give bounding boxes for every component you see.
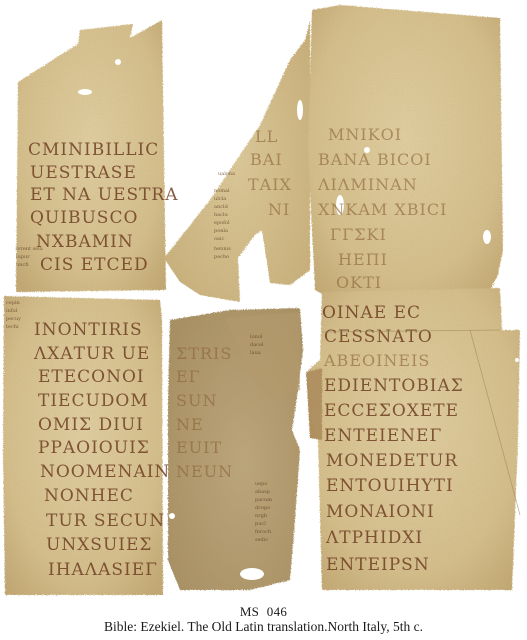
svg-text:haclu: haclu [214, 212, 229, 218]
svg-text:ΧΝΚΑΜ ΧΒΙCΙ: ΧΝΚΑΜ ΧΒΙCΙ [318, 200, 447, 219]
svg-text:dacel: dacel [250, 342, 264, 348]
svg-text:epofol: epofol [214, 220, 230, 226]
svg-text:CESSΝΑΤΟ: CESSΝΑΤΟ [324, 327, 433, 347]
svg-text:ΒΑΙ: ΒΑΙ [250, 150, 283, 169]
svg-text:lonol: lonol [250, 334, 263, 340]
svg-text:LL: LL [255, 127, 278, 146]
svg-text:SUN: SUN [176, 391, 217, 410]
svg-text:ΟΙΝΑΕ ΕC: ΟΙΝΑΕ ΕC [322, 303, 421, 323]
svg-text:ΝΕUΝ: ΝΕUΝ [176, 462, 233, 481]
svg-text:ΕDΙΕΝΤΟΒΙΑΣ: ΕDΙΕΝΤΟΒΙΑΣ [324, 376, 464, 396]
svg-text:ΒΑΝΑ ΒΙCΟΙ: ΒΑΝΑ ΒΙCΟΙ [318, 150, 432, 169]
svg-text:techi: techi [6, 324, 19, 330]
svg-text:QUIBUSCO: QUIBUSCO [30, 208, 138, 228]
svg-text:ΕUΙΤ: ΕUΙΤ [176, 438, 222, 457]
svg-text:nrgb: nrgb [255, 513, 267, 519]
caption-description: Bible: Ezekiel. The Old Latin translatio… [0, 619, 527, 635]
svg-text:ponla: ponla [214, 228, 228, 234]
svg-text:ΣΤRIS: ΣΤRIS [176, 344, 232, 363]
svg-text:ΛΤΡΗΙDΧΙ: ΛΤΡΗΙDΧΙ [325, 528, 423, 548]
svg-text:CIS ETCED: CIS ETCED [40, 255, 149, 275]
svg-text:ΡΡΑΟΙΟUΙΣ: ΡΡΑΟΙΟUΙΣ [38, 438, 150, 458]
svg-text:inful: inful [6, 308, 18, 314]
svg-text:feroch: feroch [255, 529, 272, 535]
svg-text:UNXSUIEΣ: UNXSUIEΣ [46, 535, 152, 555]
svg-text:abasp: abasp [255, 489, 270, 495]
svg-text:ΜΟΝΑΙΟΝΙ: ΜΟΝΑΙΟΝΙ [326, 502, 435, 522]
svg-text:ΝΟΝΗΕC: ΝΟΝΗΕC [44, 486, 134, 506]
svg-text:ΜΟΝΕDΕΤUR: ΜΟΝΕDΕΤUR [326, 451, 458, 471]
svg-text:ivrent seia: ivrent seia [16, 246, 43, 252]
svg-text:UESTRASE: UESTRASE [30, 163, 137, 183]
svg-text:ΝΧΒΑΜΙΝ: ΝΧΒΑΜΙΝ [36, 232, 134, 252]
svg-text:ualona: ualona [218, 171, 235, 177]
svg-text:ΕCCΕΣΟΧΕΤΕ: ΕCCΕΣΟΧΕΤΕ [324, 401, 459, 421]
svg-text:ΓΓΣΚΙ: ΓΓΣΚΙ [330, 225, 387, 244]
svg-text:ΟΜΙΣ DΙUΙ: ΟΜΙΣ DΙUΙ [38, 415, 144, 435]
svg-text:lupur: lupur [16, 254, 30, 260]
svg-text:ΤΙΕCUDΟΜ: ΤΙΕCUDΟΜ [38, 391, 149, 411]
svg-text:ΕΝΤΕΙΕΝΕΓ: ΕΝΤΕΙΕΝΕΓ [324, 426, 442, 446]
svg-text:TUR SECUN: TUR SECUN [46, 511, 165, 531]
svg-text:ΙΝΟΝΤΙRIS: ΙΝΟΝΤΙRIS [34, 320, 143, 340]
svg-text:ΑΒΕΟΙΝΕΙS: ΑΒΕΟΙΝΕΙS [323, 351, 430, 370]
manuscript-fragments: CΜΙΝΙΒΙLLIC UESTRASE ΕΤ ΝΑ UESTRA QUIBUS… [0, 0, 527, 600]
svg-text:ΛΧΑΤUR UE: ΛΧΑΤUR UE [33, 344, 150, 364]
svg-text:ΕΝΤΕΙΡSΝ: ΕΝΤΕΙΡSΝ [326, 555, 430, 575]
svg-text:ΕΓ: ΕΓ [176, 367, 201, 386]
svg-text:pucl: pucl [255, 521, 266, 527]
svg-text:ΕΤ ΝΑ UESTRA: ΕΤ ΝΑ UESTRA [30, 185, 179, 205]
svg-text:uncfi: uncfi [16, 262, 29, 268]
svg-text:ΟΚΤΙ: ΟΚΤΙ [336, 273, 382, 292]
svg-text:pacum: pacum [255, 497, 272, 503]
svg-text:ΤΑΙΧ: ΤΑΙΧ [248, 175, 292, 194]
svg-text:pecuy: pecuy [6, 316, 21, 322]
svg-text:ancld: ancld [214, 204, 229, 210]
svg-text:hennis: hennis [214, 246, 231, 252]
caption-title: MS 046 [0, 604, 527, 620]
svg-text:ΗΕΠΙ: ΗΕΠΙ [338, 250, 388, 269]
svg-text:pecho: pecho [214, 254, 229, 260]
svg-text:laua: laua [250, 350, 261, 356]
svg-text:uepo: uepo [255, 481, 267, 487]
svg-text:ΕΝΤΟUΙΗΥΤΙ: ΕΝΤΟUΙΗΥΤΙ [326, 476, 454, 496]
svg-text:ulcla: ulcla [214, 196, 226, 202]
manuscript-photo: CΜΙΝΙΒΙLLIC UESTRASE ΕΤ ΝΑ UESTRA QUIBUS… [0, 0, 527, 600]
svg-text:ΝΟΟΜΕΝΑΙΝ: ΝΟΟΜΕΝΑΙΝ [40, 462, 170, 482]
svg-text:ΜΝΙΚΟΙ: ΜΝΙΚΟΙ [328, 125, 402, 144]
svg-text:dcopo: dcopo [255, 505, 270, 511]
svg-text:ΝΙ: ΝΙ [268, 200, 290, 219]
svg-text:ΙΗΑΛΑSIEΓ: ΙΗΑΛΑSIEΓ [48, 560, 158, 580]
svg-text:oaic: oaic [214, 236, 225, 242]
svg-text:cepin: cepin [6, 300, 21, 306]
svg-text:ΛΙΛΜΙΝΑΝ: ΛΙΛΜΙΝΑΝ [317, 175, 418, 194]
svg-text:ΝΕ: ΝΕ [176, 415, 204, 434]
svg-text:sedic: sedic [255, 537, 268, 543]
svg-text:nomal: nomal [214, 188, 230, 194]
svg-text:ΕΤΕCΟΝΟΙ: ΕΤΕCΟΝΟΙ [38, 367, 145, 387]
svg-text:CΜΙΝΙΒΙLLIC: CΜΙΝΙΒΙLLIC [28, 140, 159, 160]
